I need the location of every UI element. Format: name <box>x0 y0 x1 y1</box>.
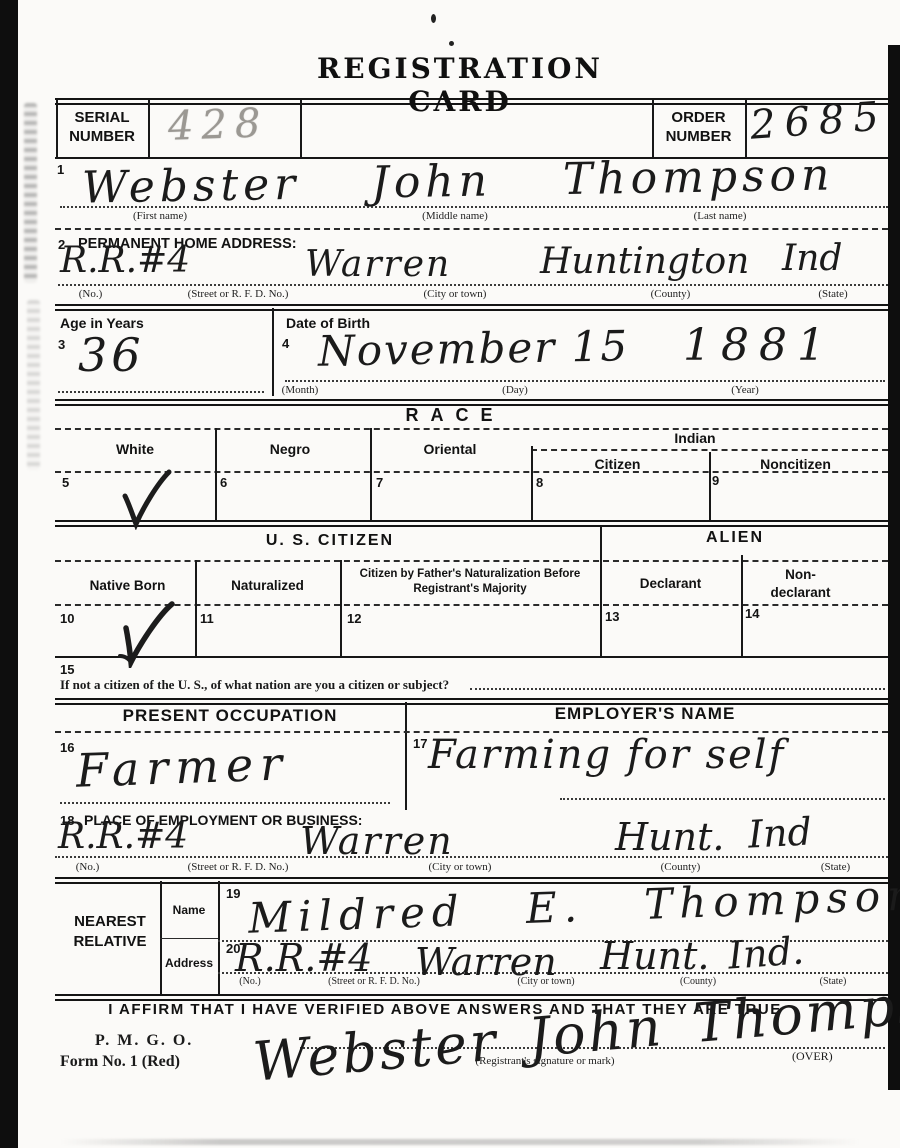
relative-county-label: (County) <box>658 976 738 987</box>
rule <box>55 656 888 658</box>
race-cell-number-5: 5 <box>62 475 69 490</box>
employment-no-value: R.R.#4 <box>58 816 188 857</box>
employment-city-value: Warren <box>300 819 454 863</box>
employer-field-number: 17 <box>413 736 427 751</box>
citizenship-col-declarant: Declarant <box>608 576 733 591</box>
rule <box>405 702 407 810</box>
rule <box>218 881 220 996</box>
race-cell-number-8: 8 <box>536 475 543 490</box>
name-value: Webster John Thompson <box>82 149 835 213</box>
occupation-field-number: 16 <box>60 740 74 755</box>
ink-speck <box>431 14 436 23</box>
citizenship-col-father-naturalization: Citizen by Father's Naturalization Befor… <box>350 567 590 597</box>
rule <box>148 100 150 158</box>
page-title: REGISTRATION CARD <box>280 52 640 118</box>
race-cell-number-7: 7 <box>376 475 383 490</box>
alien-header: ALIEN <box>660 529 810 547</box>
rule <box>470 688 885 690</box>
address-no-value: R.R.#4 <box>60 240 190 281</box>
citizenship-col-non-declarant: Non-declarant <box>758 566 843 601</box>
line15-question: If not a citizen of the U. S., of what n… <box>60 677 449 693</box>
rule <box>60 802 390 804</box>
citizenship-cell-number-10: 10 <box>60 611 74 626</box>
rule <box>272 308 274 396</box>
day-label: (Day) <box>480 384 550 396</box>
occupation-value: Farmer <box>75 736 290 797</box>
rule <box>55 520 888 527</box>
serial-number-label: SERIAL NUMBER <box>58 109 146 147</box>
ink-speck-2 <box>449 41 454 46</box>
employer-value: Farming for self <box>428 732 785 778</box>
city-label: (City or town) <box>400 288 510 300</box>
address-city-value: Warren <box>305 244 451 285</box>
relative-address-label: Address <box>162 956 216 970</box>
middle-name-label: (Middle name) <box>395 210 515 222</box>
nearest-relative-label: NEAREST RELATIVE <box>62 912 158 953</box>
month-label: (Month) <box>255 384 345 396</box>
county-label: (County) <box>628 288 713 300</box>
citizenship-cell-number-12: 12 <box>347 611 361 626</box>
year-label: (Year) <box>705 384 785 396</box>
first-name-label: (First name) <box>110 210 210 222</box>
pmgo-label: P. M. G. O. <box>95 1032 193 1050</box>
rule <box>531 446 533 521</box>
citizenship-cell-number-14: 14 <box>745 606 759 621</box>
employment-city-label: (City or town) <box>405 861 515 873</box>
employment-state-label: (State) <box>803 861 868 873</box>
checkmark-icon <box>113 468 175 530</box>
employment-state-value: Ind <box>747 809 813 856</box>
rule <box>55 304 888 311</box>
microfilm-marking-2 <box>27 300 40 470</box>
order-number-value: 2685 <box>749 93 890 149</box>
race-col-citizen: Citizen <box>560 456 675 472</box>
street-label: (Street or R. F. D. No.) <box>148 288 328 300</box>
over-label: (OVER) <box>792 1049 833 1064</box>
race-indian-header: Indian <box>620 430 770 446</box>
us-citizen-header: U. S. CITIZEN <box>180 532 480 550</box>
race-col-negro: Negro <box>230 441 350 457</box>
order-number-label: ORDER NUMBER <box>654 109 743 147</box>
no-label: (No.) <box>63 288 118 300</box>
age-field-number: 3 <box>58 337 65 352</box>
rule <box>741 555 743 657</box>
relative-name-number: 19 <box>226 886 240 901</box>
race-cell-number-6: 6 <box>220 475 227 490</box>
serial-number-value: 428 <box>167 100 269 149</box>
rule <box>55 560 888 562</box>
dob-month-day-value: November 15 <box>318 321 630 375</box>
last-name-label: (Last name) <box>660 210 780 222</box>
citizenship-col-naturalized: Naturalized <box>205 578 330 593</box>
present-occupation-header: PRESENT OCCUPATION <box>90 706 370 726</box>
race-cell-number-9: 9 <box>712 473 719 488</box>
microfilm-marking <box>24 103 37 283</box>
rule <box>600 526 602 657</box>
relative-name-label: Name <box>162 903 216 917</box>
employment-street-label: (Street or R. F. D. No.) <box>148 861 328 873</box>
citizenship-cell-number-11: 11 <box>200 611 214 626</box>
checkmark-icon <box>110 598 178 668</box>
relative-address-state-value: Ind. <box>727 928 806 977</box>
rule <box>370 428 372 521</box>
rule <box>195 560 197 657</box>
dob-year-value: 1881 <box>683 320 835 371</box>
relative-no-label: (No.) <box>225 976 275 987</box>
race-title: RACE <box>360 405 550 426</box>
rule <box>55 604 888 606</box>
dob-field-number: 4 <box>282 336 289 351</box>
rule <box>55 228 888 230</box>
rule <box>58 284 888 286</box>
relative-city-label: (City or town) <box>492 976 600 987</box>
rule <box>215 428 217 521</box>
relative-address-no-value: R.R.#4 <box>235 936 372 980</box>
employment-county-value: Hunt. <box>615 815 724 859</box>
registration-card-scan: REGISTRATION CARD SERIAL NUMBER 428 ORDE… <box>0 0 900 1148</box>
address-state-value: Ind <box>782 238 842 279</box>
name-field-number: 1 <box>57 162 64 177</box>
race-col-white: White <box>75 441 195 457</box>
right-edge-bar <box>888 45 900 1090</box>
race-col-oriental: Oriental <box>385 441 515 457</box>
age-value: 36 <box>78 328 145 382</box>
race-col-noncitizen: Noncitizen <box>728 456 863 472</box>
rule <box>560 798 885 800</box>
employers-name-header: EMPLOYER'S NAME <box>490 704 800 724</box>
rule <box>531 449 888 451</box>
relative-street-label: (Street or R. F. D. No.) <box>288 976 460 987</box>
rule <box>58 391 264 393</box>
citizenship-cell-number-13: 13 <box>605 609 619 624</box>
relative-address-county-value: Hunt. <box>600 934 709 978</box>
rule <box>160 938 218 939</box>
rule <box>745 100 747 158</box>
citizenship-col-native-born: Native Born <box>65 578 190 593</box>
rule <box>285 380 885 382</box>
form-number-label: Form No. 1 (Red) <box>60 1053 180 1071</box>
employment-no-label: (No.) <box>60 861 115 873</box>
rule <box>340 560 342 657</box>
bottom-scan-smudge <box>60 1139 860 1145</box>
left-edge-bar <box>0 0 18 1148</box>
line15-number: 15 <box>60 662 74 677</box>
state-label: (State) <box>798 288 868 300</box>
address-county-value: Huntington <box>540 241 749 282</box>
employment-county-label: (County) <box>638 861 723 873</box>
rule <box>709 452 711 521</box>
